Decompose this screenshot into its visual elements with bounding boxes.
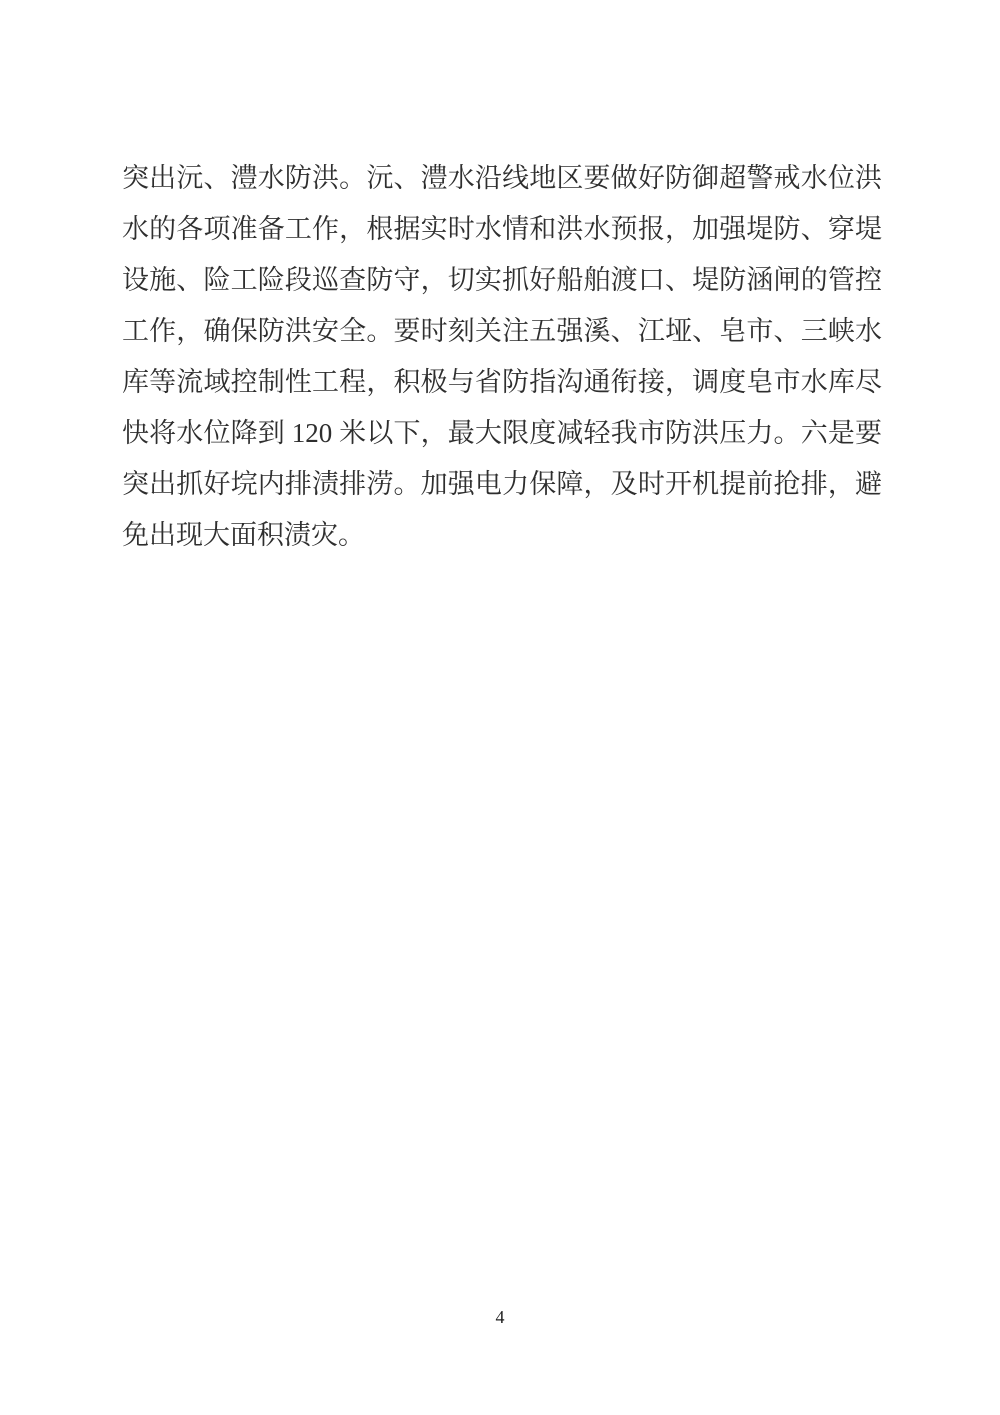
page-number: 4 <box>496 1307 505 1327</box>
paragraph-block: 突出沅、澧水防洪。沅、澧水沿线地区要做好防御超警戒水位洪 水的各项准备工作，根据… <box>122 153 882 561</box>
document-page: 突出沅、澧水防洪。沅、澧水沿线地区要做好防御超警戒水位洪 水的各项准备工作，根据… <box>0 0 1000 1415</box>
paragraph-line: 突出沅、澧水防洪。沅、澧水沿线地区要做好防御超警戒水位洪 <box>122 153 882 204</box>
paragraph-line: 免出现大面积渍灾。 <box>122 510 882 561</box>
paragraph-line: 设施、险工险段巡查防守，切实抓好船舶渡口、堤防涵闸的管控 <box>122 255 882 306</box>
paragraph-line: 突出抓好垸内排渍排涝。加强电力保障，及时开机提前抢排，避 <box>122 459 882 510</box>
paragraph-line: 快将水位降到 120 米以下，最大限度减轻我市防洪压力。六是要 <box>122 408 882 459</box>
page-footer: 4 <box>0 1305 1000 1329</box>
paragraph-line: 库等流域控制性工程，积极与省防指沟通衔接，调度皂市水库尽 <box>122 357 882 408</box>
paragraph-line: 水的各项准备工作，根据实时水情和洪水预报，加强堤防、穿堤 <box>122 204 882 255</box>
paragraph-line: 工作，确保防洪安全。要时刻关注五强溪、江垭、皂市、三峡水 <box>122 306 882 357</box>
